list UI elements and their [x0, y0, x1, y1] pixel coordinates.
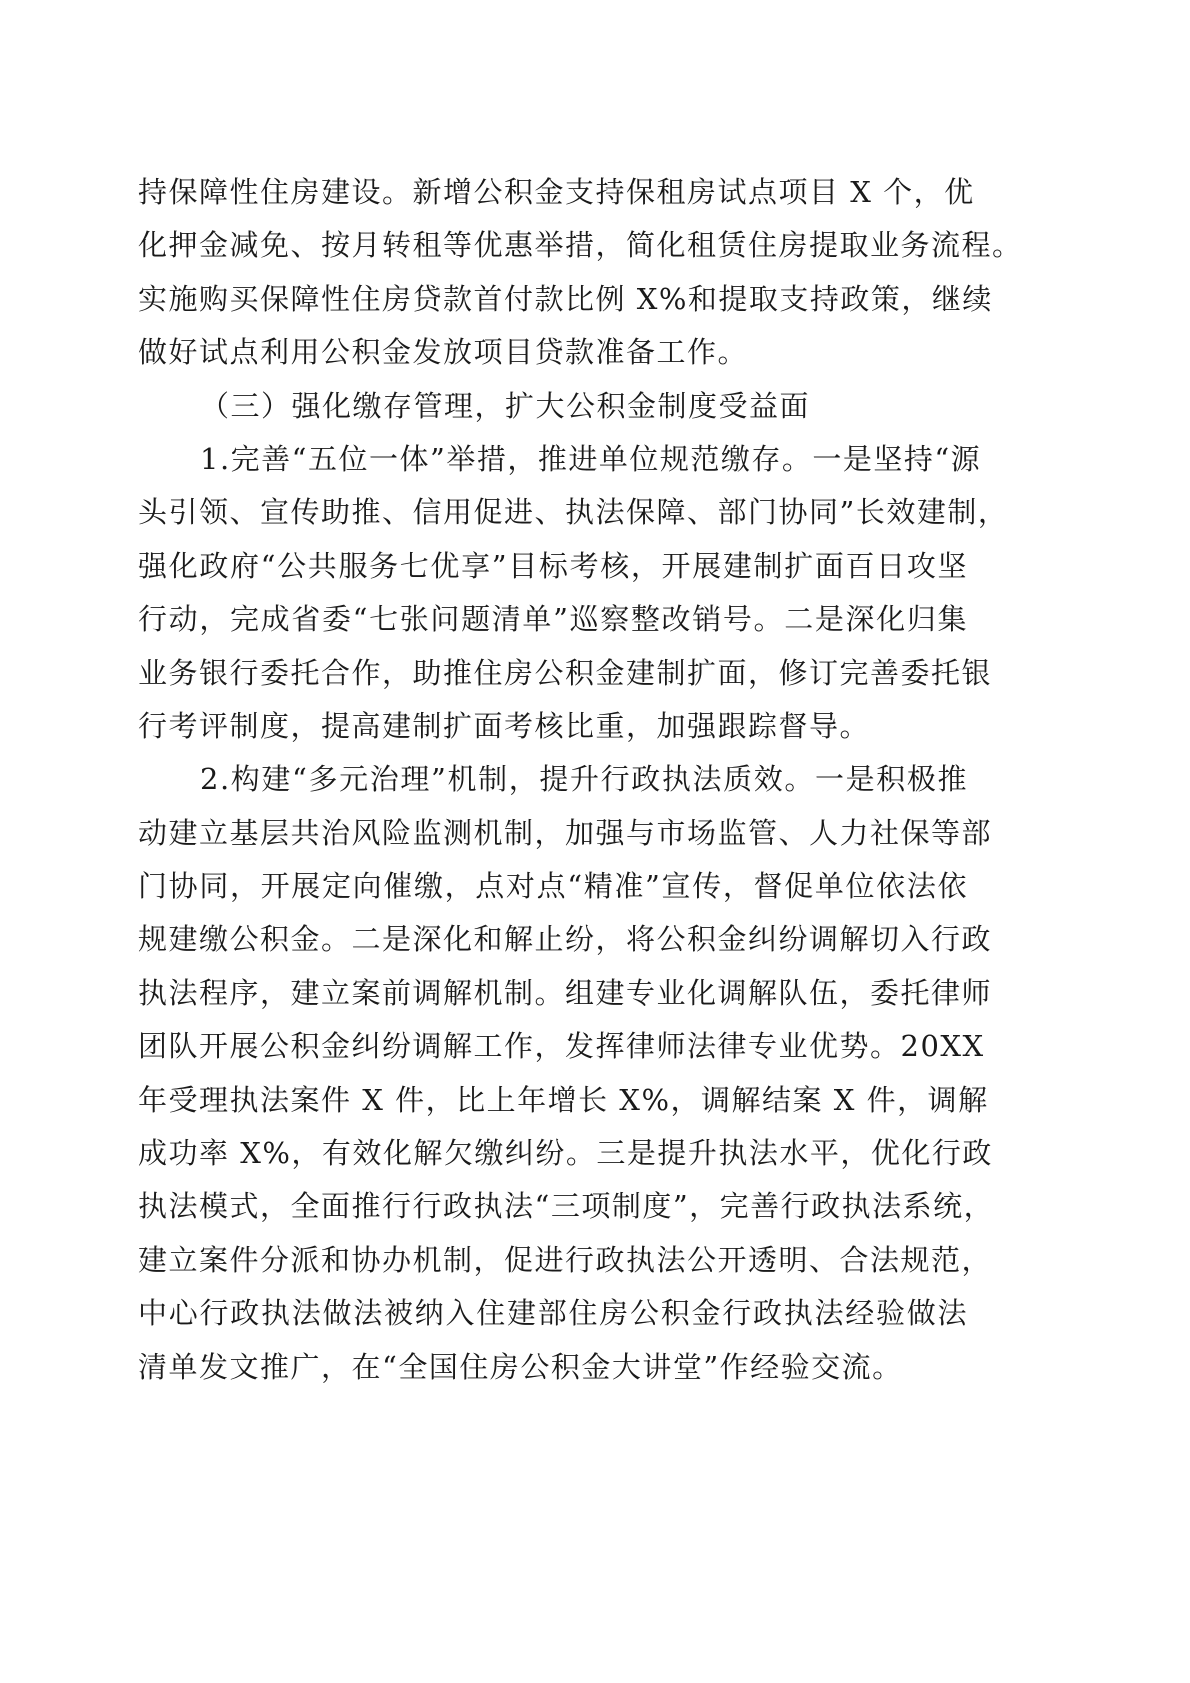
paragraph-item-1: 1.完善“五位一体”举措，推进单位规范缴存。一是坚持“源 头引领、宣传助推、信用…	[138, 433, 968, 753]
text-line: 持保障性住房建设。新增公积金支持保租房试点项目 X 个，优	[138, 166, 968, 219]
text-line: 头引领、宣传助推、信用促进、执法保障、部门协同”长效建制，	[138, 486, 968, 539]
paragraph-item-2: 2.构建“多元治理”机制，提升行政执法质效。一是积极推 动建立基层共治风险监测机…	[138, 753, 968, 1394]
text-line: 清单发文推广，在“全国住房公积金大讲堂”作经验交流。	[138, 1341, 968, 1394]
text-line: 2.构建“多元治理”机制，提升行政执法质效。一是积极推	[138, 753, 968, 806]
text-line: 执法程序，建立案前调解机制。组建专业化调解队伍，委托律师	[138, 967, 968, 1020]
document-page: 持保障性住房建设。新增公积金支持保租房试点项目 X 个，优 化押金减免、按月转租…	[138, 166, 968, 1394]
text-line: 强化政府“公共服务七优享”目标考核，开展建制扩面百日攻坚	[138, 540, 968, 593]
paragraph-housing-support: 持保障性住房建设。新增公积金支持保租房试点项目 X 个，优 化押金减免、按月转租…	[138, 166, 968, 380]
text-line: 实施购买保障性住房贷款首付款比例 X%和提取支持政策，继续	[138, 273, 968, 326]
text-line: 中心行政执法做法被纳入住建部住房公积金行政执法经验做法	[138, 1287, 968, 1340]
text-line: 建立案件分派和协办机制，促进行政执法公开透明、合法规范，	[138, 1234, 968, 1287]
text-line: 业务银行委托合作，助推住房公积金建制扩面，修订完善委托银	[138, 647, 968, 700]
text-line: 规建缴公积金。二是深化和解止纷，将公积金纠纷调解切入行政	[138, 913, 968, 966]
text-line: 年受理执法案件 X 件，比上年增长 X%，调解结案 X 件，调解	[138, 1074, 968, 1127]
text-line: 成功率 X%，有效化解欠缴纠纷。三是提升执法水平，优化行政	[138, 1127, 968, 1180]
text-line: 1.完善“五位一体”举措，推进单位规范缴存。一是坚持“源	[138, 433, 968, 486]
text-line: 动建立基层共治风险监测机制，加强与市场监管、人力社保等部	[138, 807, 968, 860]
text-line: 行动，完成省委“七张问题清单”巡察整改销号。二是深化归集	[138, 593, 968, 646]
section-heading: （三）强化缴存管理，扩大公积金制度受益面	[138, 380, 968, 433]
text-line: 团队开展公积金纠纷调解工作，发挥律师法律专业优势。20XX	[138, 1020, 968, 1073]
text-line: 化押金减免、按月转租等优惠举措，简化租赁住房提取业务流程。	[138, 219, 968, 272]
text-line: 门协同，开展定向催缴，点对点“精准”宣传，督促单位依法依	[138, 860, 968, 913]
text-line: 执法模式，全面推行行政执法“三项制度”，完善行政执法系统，	[138, 1180, 968, 1233]
section-heading-text: （三）强化缴存管理，扩大公积金制度受益面	[138, 380, 968, 433]
text-line: 做好试点利用公积金发放项目贷款准备工作。	[138, 326, 968, 379]
text-line: 行考评制度，提高建制扩面考核比重，加强跟踪督导。	[138, 700, 968, 753]
